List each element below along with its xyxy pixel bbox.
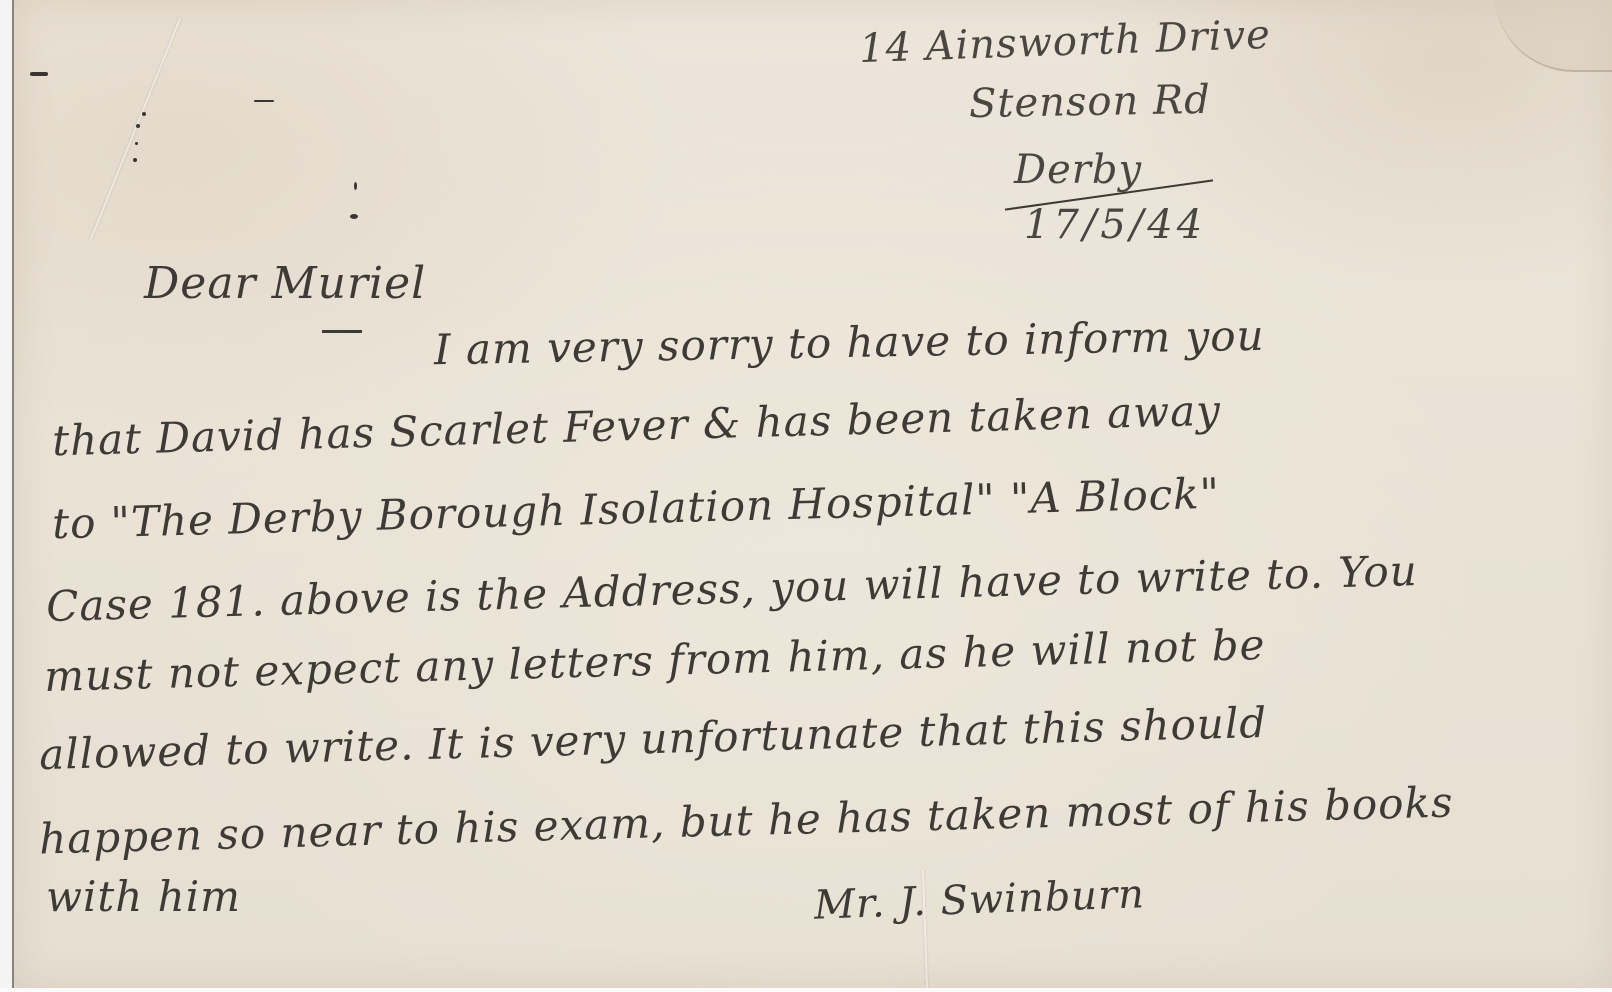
address-line-city: Derby: [1014, 150, 1142, 190]
ink-speck: [354, 182, 357, 190]
ink-speck: [136, 124, 140, 128]
ink-speck: [142, 112, 146, 116]
body-line-1: I am very sorry to have to inform you: [434, 315, 1265, 371]
body-line-2: that David has Scarlet Fever & has been …: [52, 390, 1222, 463]
address-line-road: Stenson Rd: [969, 80, 1211, 124]
corner-wear: [1494, 0, 1612, 72]
ink-speck: [135, 142, 138, 145]
salutation: Dear Muriel: [144, 262, 426, 306]
ink-speck: [350, 214, 358, 219]
postcard: 14 Ainsworth Drive Stenson Rd Derby 17/5…: [12, 0, 1612, 988]
scan-margin-bottom: [0, 988, 1612, 992]
ink-mark: [30, 72, 48, 76]
dash-mark: [322, 330, 362, 333]
paper-crease: [89, 18, 181, 241]
signature: Mr. J. Swinburn: [813, 874, 1145, 926]
body-line-5: must not expect any letters from him, as…: [44, 624, 1266, 698]
body-line-6: allowed to write. It is very unfortunate…: [39, 702, 1268, 776]
address-line-street: 14 Ainsworth Drive: [858, 15, 1271, 69]
letter-date: 17/5/44: [1024, 205, 1206, 245]
body-line-3: to "The Derby Borough Isolation Hospital…: [52, 473, 1221, 546]
body-line-7: happen so near to his exam, but he has t…: [39, 781, 1454, 860]
body-line-4: Case 181. above is the Address, you will…: [46, 550, 1419, 628]
body-line-8: with him: [46, 876, 241, 918]
ink-speck: [254, 100, 274, 102]
scan-margin: [0, 0, 12, 992]
ink-speck: [133, 158, 137, 162]
